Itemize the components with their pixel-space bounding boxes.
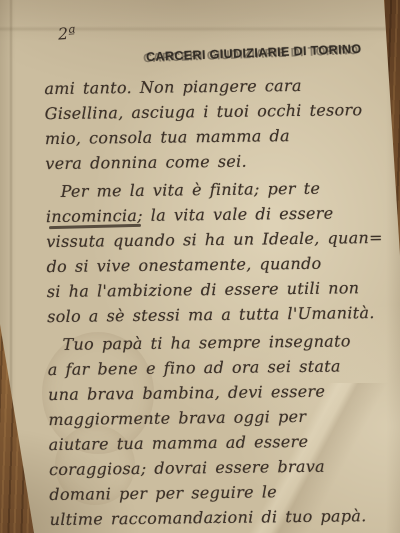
handwritten-line: solo a sè stessi ma a tutta l'Umanità. bbox=[47, 300, 387, 329]
handwritten-letter-body: ami tanto. Non piangere cara Gisellina, … bbox=[44, 72, 390, 532]
paragraph: Tuo papà ti ha sempre insegnato a far be… bbox=[47, 328, 389, 532]
photographed-letter: 2ª CARCERI GIUDIZIARIE DI TORINO ami tan… bbox=[0, 0, 400, 533]
paragraph: Per me la vita è finita; per te incominc… bbox=[45, 175, 387, 329]
prison-stamp: CARCERI GIUDIZIARIE DI TORINO bbox=[146, 42, 362, 64]
paragraph: ami tanto. Non piangere cara Gisellina, … bbox=[44, 72, 385, 176]
handwritten-line: vera donnina come sei. bbox=[45, 147, 385, 176]
handwritten-line: vissuta quando si ha un Ideale, quan= bbox=[46, 225, 386, 254]
handwritten-line: ultime raccomandazioni di tuo papà. bbox=[49, 503, 389, 532]
handwritten-line: Gisellina, asciuga i tuoi occhi tesoro bbox=[45, 97, 385, 126]
letter-paper: 2ª CARCERI GIUDIZIARIE DI TORINO ami tan… bbox=[0, 0, 400, 533]
handwritten-line: a far bene e fino ad ora sei stata bbox=[48, 353, 388, 382]
page-number: 2ª bbox=[57, 23, 76, 43]
